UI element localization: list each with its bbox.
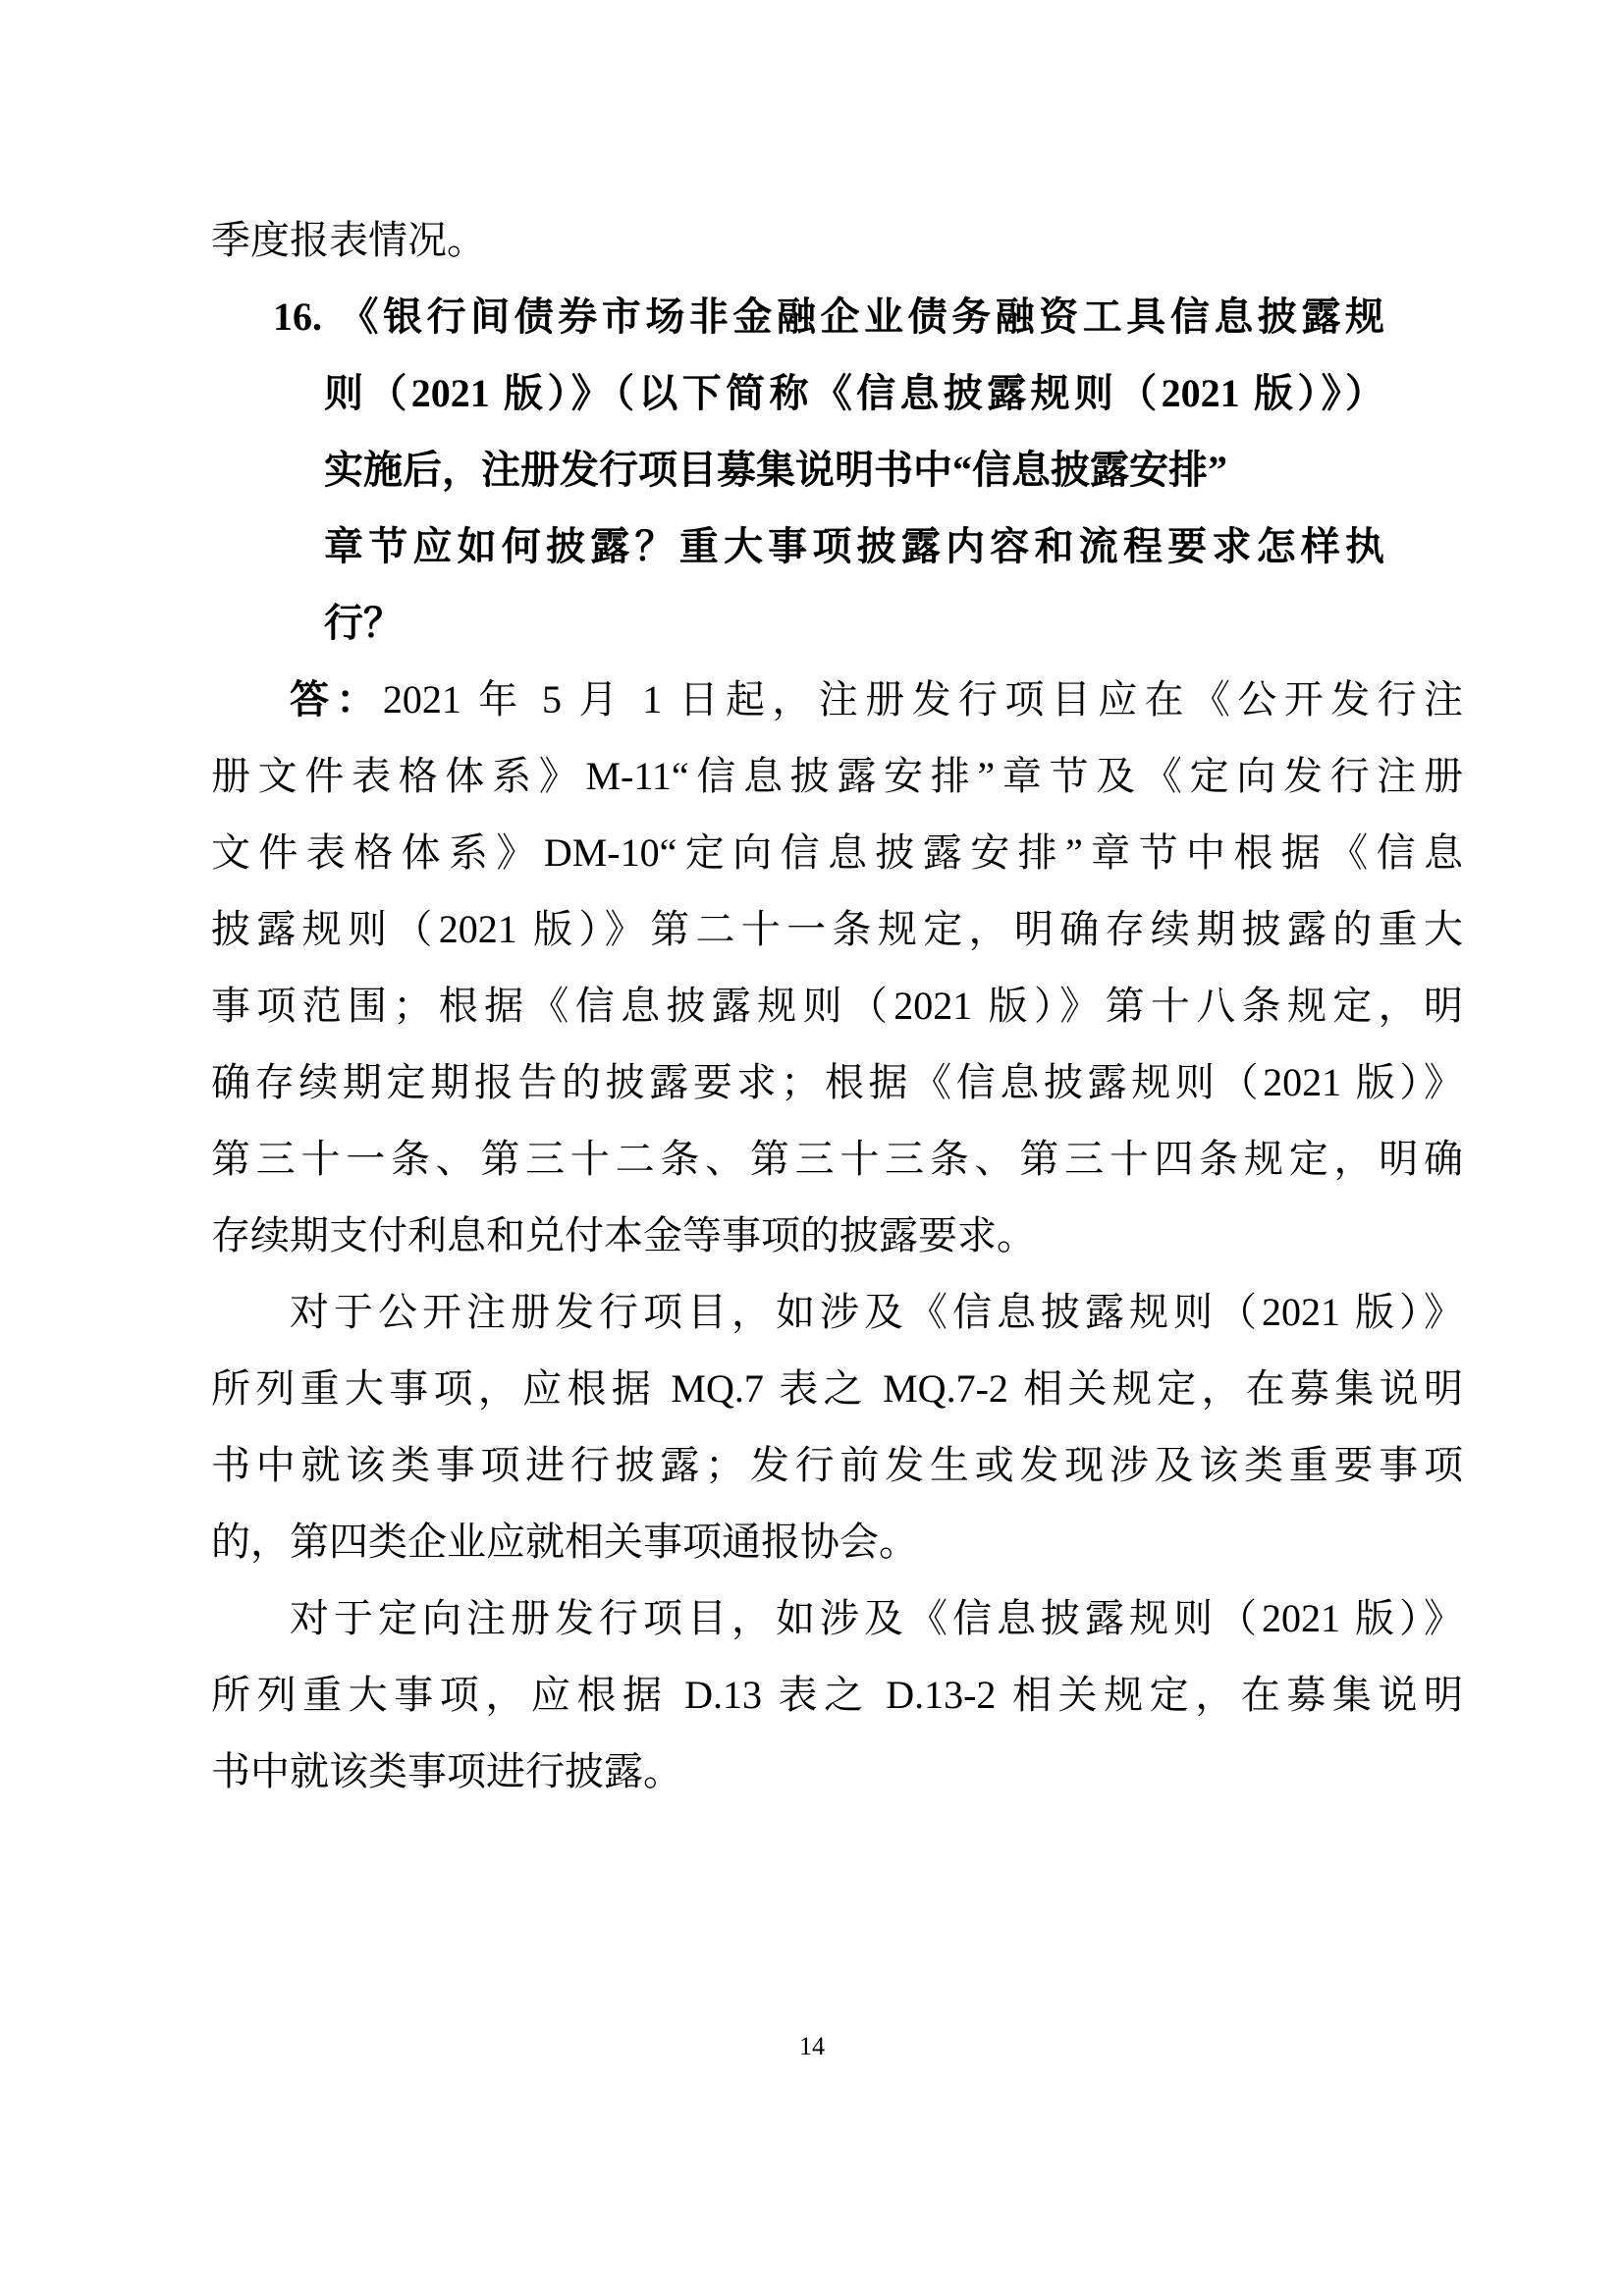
answer-paragraph-1: 答：2021 年 5 月 1 日起，注册发行项目应在《公开发行注 册文件表格体系… [211, 662, 1463, 1274]
answer-label: 答： [290, 677, 383, 721]
question-heading-line-2: 则（2021 版）》（以下简称《信息披露规则（2021 版）》） [324, 355, 1384, 432]
answer-line-9: 对于公开注册发行项目，如涉及《信息披露规则（2021 版）》 [211, 1274, 1463, 1351]
answer-line-12: 的，第四类企业应就相关事项通报协会。 [211, 1504, 1463, 1580]
document-page: 季度报表情况。 16.《银行间债券市场非金融企业债务融资工具信息披露规 则（20… [0, 0, 1624, 2296]
answer-line-15: 书中就该类事项进行披露。 [211, 1734, 1463, 1810]
paragraph-continuation-line: 季度报表情况。 [211, 202, 1463, 279]
answer-line-10: 所列重大事项，应根据 MQ.7 表之 MQ.7-2 相关规定，在募集说明 [211, 1351, 1463, 1427]
question-heading-line-1: 16.《银行间债券市场非金融企业债务融资工具信息披露规 [273, 279, 1384, 355]
answer-line-1-text: 2021 年 5 月 1 日起，注册发行项目应在《公开发行注 [383, 677, 1463, 721]
answer-line-7: 第三十一条、第三十二条、第三十三条、第三十四条规定，明确 [211, 1121, 1463, 1198]
question-number: 16. [273, 294, 322, 339]
answer-line-6: 确存续期定期报告的披露要求；根据《信息披露规则（2021 版）》 [211, 1044, 1463, 1121]
answer-line-1: 答：2021 年 5 月 1 日起，注册发行项目应在《公开发行注 [211, 662, 1463, 738]
answer-line-2: 册文件表格体系》M-11“信息披露安排”章节及《定向发行注册 [211, 738, 1463, 815]
answer-line-8: 存续期支付利息和兑付本金等事项的披露要求。 [211, 1198, 1463, 1274]
answer-line-5: 事项范围；根据《信息披露规则（2021 版）》第十八条规定，明 [211, 968, 1463, 1044]
question-heading-line-4: 章节应如何披露？重大事项披露内容和流程要求怎样执 [324, 508, 1384, 585]
answer-line-3: 文件表格体系》DM-10“定向信息披露安排”章节中根据《信息 [211, 815, 1463, 891]
answer-line-11: 书中就该类事项进行披露；发行前发生或发现涉及该类重要事项 [211, 1427, 1463, 1504]
answer-paragraph-2: 对于公开注册发行项目，如涉及《信息披露规则（2021 版）》 所列重大事项，应根… [211, 1274, 1463, 1580]
question-heading-text-1: 《银行间债券市场非金融企业债务融资工具信息披露规 [335, 294, 1384, 339]
answer-line-4: 披露规则（2021 版）》第二十一条规定，明确存续期披露的重大 [211, 891, 1463, 968]
question-16-heading: 16.《银行间债券市场非金融企业债务融资工具信息披露规 则（2021 版）》（以… [324, 279, 1384, 662]
answer-paragraph-3: 对于定向注册发行项目，如涉及《信息披露规则（2021 版）》 所列重大事项，应根… [211, 1580, 1463, 1810]
document-body: 季度报表情况。 16.《银行间债券市场非金融企业债务融资工具信息披露规 则（20… [211, 202, 1463, 1810]
question-heading-line-3: 实施后，注册发行项目募集说明书中“信息披露安排” [324, 432, 1384, 508]
answer-line-13: 对于定向注册发行项目，如涉及《信息披露规则（2021 版）》 [211, 1580, 1463, 1657]
answer-line-14: 所列重大事项，应根据 D.13 表之 D.13-2 相关规定，在募集说明 [211, 1657, 1463, 1734]
page-number-footer: 14 [0, 2032, 1624, 2061]
question-heading-line-5: 行？ [324, 585, 1384, 662]
